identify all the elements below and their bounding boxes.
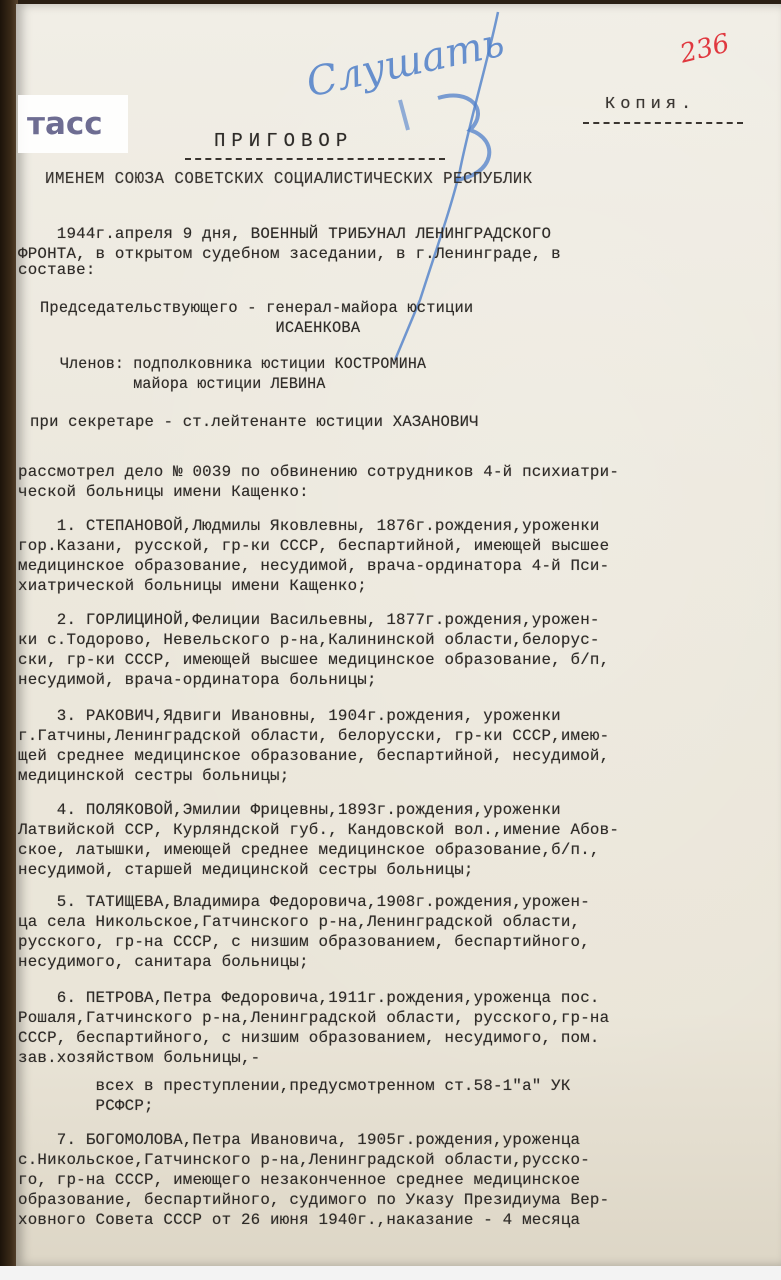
tass-logo: тасс	[27, 106, 103, 142]
defendant-5: 5. ТАТИЩЕВА,Владимира Федоровича,1908г.р…	[18, 892, 778, 972]
defendant-line: го, гр-на СССР, имеющего незаконченное с…	[18, 1170, 770, 1190]
chair-line: Председательствующего - генерал-майора ю…	[40, 298, 770, 318]
defendant-2: 2. ГОРЛИЦИНОЙ,Фелиции Васильевны, 1877г.…	[18, 610, 778, 690]
tribunal-chair: Председательствующего - генерал-майора ю…	[40, 298, 781, 338]
members-line: майора юстиции ЛЕВИНА	[60, 374, 770, 394]
defendant-line: зав.хозяйством больницы,-	[18, 1048, 770, 1068]
defendant-4: 4. ПОЛЯКОВОЙ,Эмилии Фрицевны,1893г.рожде…	[18, 800, 778, 880]
intro-line: 1944г.апреля 9 дня, ВОЕННЫЙ ТРИБУНАЛ ЛЕН…	[18, 224, 770, 244]
defendant-line: хиатрической больницы имени Кащенко;	[18, 576, 770, 596]
secretary-line: при секретаре - ст.лейтенанте юстиции ХА…	[30, 412, 770, 432]
defendant-line: 5. ТАТИЩЕВА,Владимира Федоровича,1908г.р…	[18, 892, 770, 912]
defendant-line: Латвийской ССР, Курляндской губ., Кандов…	[18, 820, 770, 840]
defendant-line: Рошаля,Гатчинского р-на,Ленинградской об…	[18, 1008, 770, 1028]
defendant-6: 6. ПЕТРОВА,Петра Федоровича,1911г.рожден…	[18, 988, 778, 1068]
defendant-line: медицинское образование, несудимой, врач…	[18, 556, 770, 576]
defendant-line: медицинской сестры больницы;	[18, 766, 770, 786]
case-line: ческой больницы имени Кащенко:	[18, 482, 770, 502]
tribunal-members: Членов: подполковника юстиции КОСТРОМИНА…	[60, 354, 781, 394]
defendant-line: г.Гатчины,Ленинградской области, белорус…	[18, 726, 770, 746]
defendant-line: ца села Никольское,Гатчинского р-на,Лени…	[18, 912, 770, 932]
defendant-line: 1. СТЕПАНОВОЙ,Людмилы Яковлевны, 1876г.р…	[18, 516, 770, 536]
title-underline	[185, 158, 445, 160]
defendant-line: ское, латышки, имеющей среднее медицинск…	[18, 840, 770, 860]
defendant-line: несудимого, санитара больницы;	[18, 952, 770, 972]
tribunal-secretary: при секретаре - ст.лейтенанте юстиции ХА…	[30, 412, 781, 432]
document-title: ПРИГОВОР	[214, 131, 353, 151]
defendant-line: с.Никольское,Гатчинского р-на,Ленинградс…	[18, 1150, 770, 1170]
defendant-line: несудимой, старшей медицинской сестры бо…	[18, 860, 770, 880]
defendant-line: 6. ПЕТРОВА,Петра Федоровича,1911г.рожден…	[18, 988, 770, 1008]
defendant-line: 4. ПОЛЯКОВОЙ,Эмилии Фрицевны,1893г.рожде…	[18, 800, 770, 820]
defendant-line: ки с.Тодорово, Невельского р-на,Калининс…	[18, 630, 770, 650]
defendant-3: 3. РАКОВИЧ,Ядвиги Ивановны, 1904г.рожден…	[18, 706, 778, 786]
copy-label: Копия.	[605, 95, 696, 115]
defendant-line: ховного Совета СССР от 26 июня 1940г.,на…	[18, 1210, 770, 1230]
defendant-line: 7. БОГОМОЛОВА,Петра Ивановича, 1905г.рож…	[18, 1130, 770, 1150]
members-line: Членов: подполковника юстиции КОСТРОМИНА	[60, 354, 770, 374]
case-line: рассмотрел дело № 0039 по обвинению сотр…	[18, 462, 770, 482]
case-intro: рассмотрел дело № 0039 по обвинению сотр…	[18, 462, 778, 502]
copy-underline	[583, 122, 743, 124]
defendant-line: русского, гр-на СССР, с низшим образован…	[18, 932, 770, 952]
defendant-line: щей среднее медицинское образование, бес…	[18, 746, 770, 766]
chair-name: ИСАЕНКОВА	[40, 318, 770, 338]
defendant-1: 1. СТЕПАНОВОЙ,Людмилы Яковлевны, 1876г.р…	[18, 516, 778, 596]
intro-line: составе:	[18, 260, 770, 280]
charge-paragraph: всех в преступлении,предусмотренном ст.5…	[18, 1076, 778, 1116]
defendant-line: 2. ГОРЛИЦИНОЙ,Фелиции Васильевны, 1877г.…	[18, 610, 770, 630]
document-subtitle: ИМЕНЕМ СОЮЗА СОВЕТСКИХ СОЦИАЛИСТИЧЕСКИХ …	[45, 170, 533, 190]
defendant-line: гор.Казани, русской, гр-ки СССР, беспарт…	[18, 536, 770, 556]
charge-line: РСФСР;	[18, 1096, 770, 1116]
defendant-7: 7. БОГОМОЛОВА,Петра Ивановича, 1905г.рож…	[18, 1130, 778, 1230]
intro-paragraph: 1944г.апреля 9 дня, ВОЕННЫЙ ТРИБУНАЛ ЛЕН…	[18, 224, 778, 280]
defendant-line: 3. РАКОВИЧ,Ядвиги Ивановны, 1904г.рожден…	[18, 706, 770, 726]
defendant-line: СССР, беспартийного, с низшим образовани…	[18, 1028, 770, 1048]
defendant-line: образование, беспартийного, судимого по …	[18, 1190, 770, 1210]
defendant-line: несудимой, врача-ординатора больницы;	[18, 670, 770, 690]
defendant-line: ски, гр-ки СССР, имеющей высшее медицинс…	[18, 650, 770, 670]
charge-line: всех в преступлении,предусмотренном ст.5…	[18, 1076, 770, 1096]
